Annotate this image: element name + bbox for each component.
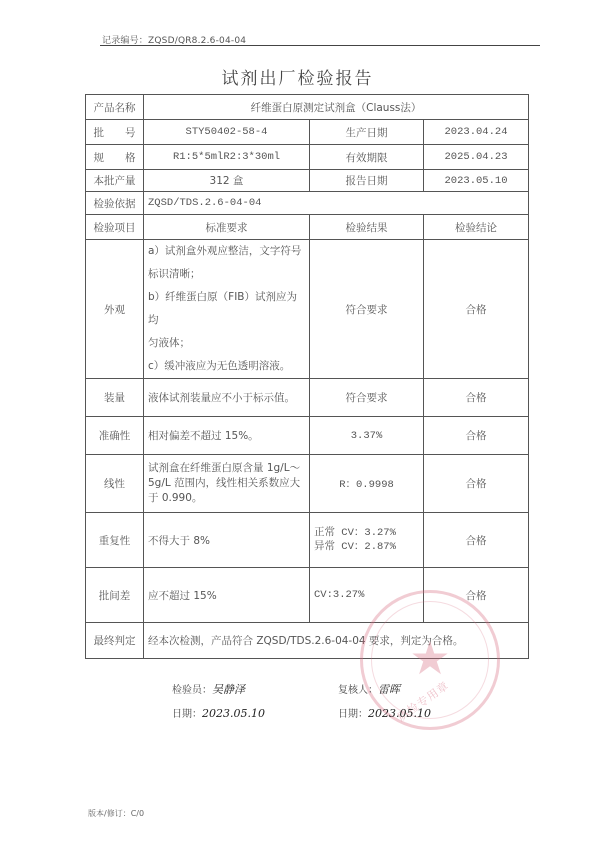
spec-label: 规 格 (86, 145, 144, 170)
requirement-line: a）试剂盒外观应整洁，文字符号 (148, 240, 305, 263)
production-date-value: 2023.04.24 (424, 120, 529, 145)
requirement-repeatability: 不得大于 8% (144, 513, 310, 568)
batch-qty-value: 312 盒 (144, 170, 310, 192)
conclusion-linearity: 合格 (424, 455, 529, 513)
inspector-date-label: 日期： (172, 709, 202, 720)
conclusion-repeatability: 合格 (424, 513, 529, 568)
version-footer: 版本/修订：C/0 (88, 808, 144, 819)
report-title: 试剂出厂检验报告 (0, 64, 595, 89)
table-row: 外观 a）试剂盒外观应整洁，文字符号 标识清晰； b）纤维蛋白原（FIB）试剂应… (86, 240, 529, 379)
inspector-signature: 检验员：吴静泽 (172, 681, 245, 697)
result-accuracy: 3.37% (310, 417, 424, 455)
inspector-label: 检验员： (172, 685, 212, 696)
header-result: 检验结果 (310, 215, 424, 240)
reviewer-signature: 复核人：雷晖 (338, 681, 400, 697)
item-appearance: 外观 (86, 240, 144, 379)
report-date-label: 报告日期 (310, 170, 424, 192)
requirement-appearance: a）试剂盒外观应整洁，文字符号 标识清晰； b）纤维蛋白原（FIB）试剂应为均 … (144, 240, 310, 379)
header-conclusion: 检验结论 (424, 215, 529, 240)
result-normal-cv: 正常 CV：3.27% (314, 526, 419, 540)
batch-value: STY50402-58-4 (144, 120, 310, 145)
batch-label: 批 号 (86, 120, 144, 145)
product-name-label: 产品名称 (86, 95, 144, 120)
reviewer-date-label: 日期： (338, 709, 368, 720)
requirement-line: 标识清晰； (148, 263, 305, 286)
requirement-linearity: 试剂盒在纤维蛋白原含量 1g/L～5g/L 范围内，线性相关系数应大于 0.99… (144, 455, 310, 513)
result-appearance: 符合要求 (310, 240, 424, 379)
basis-label: 检验依据 (86, 192, 144, 215)
batch-qty-label: 本批产量 (86, 170, 144, 192)
header-rule (100, 45, 540, 46)
inspector-date: 日期：2023.05.10 (172, 705, 265, 720)
table-row: 重复性 不得大于 8% 正常 CV：3.27% 异常 CV：2.87% 合格 (86, 513, 529, 568)
item-batch-variance: 批间差 (86, 568, 144, 623)
product-name-value: 纤维蛋白原测定试剂盒（Clauss法） (144, 95, 529, 120)
final-verdict-label: 最终判定 (86, 623, 144, 659)
conclusion-fill-volume: 合格 (424, 379, 529, 417)
item-linearity: 线性 (86, 455, 144, 513)
result-fill-volume: 符合要求 (310, 379, 424, 417)
reviewer-date: 日期：2023.05.10 (338, 705, 431, 720)
row-spec: 规 格 R1:5*5mlR2:3*30ml 有效期限 2025.04.23 (86, 145, 529, 170)
result-abnormal-cv: 异常 CV：2.87% (314, 540, 419, 554)
row-basis: 检验依据 ZQSD/TDS.2.6-04-04 (86, 192, 529, 215)
row-batch: 批 号 STY50402-58-4 生产日期 2023.04.24 (86, 120, 529, 145)
conclusion-accuracy: 合格 (424, 417, 529, 455)
requirement-fill-volume: 液体试剂装量应不小于标示值。 (144, 379, 310, 417)
requirement-batch-variance: 应不超过 15% (144, 568, 310, 623)
report-date-value: 2023.05.10 (424, 170, 529, 192)
result-linearity: R：0.9998 (310, 455, 424, 513)
item-fill-volume: 装量 (86, 379, 144, 417)
reviewer-date-value: 2023.05.10 (368, 707, 431, 720)
inspector-date-value: 2023.05.10 (202, 707, 265, 720)
table-header: 检验项目 标准要求 检验结果 检验结论 (86, 215, 529, 240)
row-product-name: 产品名称 纤维蛋白原测定试剂盒（Clauss法） (86, 95, 529, 120)
reviewer-sign: 雷晖 (378, 683, 400, 696)
header-requirement: 标准要求 (144, 215, 310, 240)
row-batch-qty: 本批产量 312 盒 报告日期 2023.05.10 (86, 170, 529, 192)
table-row: 线性 试剂盒在纤维蛋白原含量 1g/L～5g/L 范围内，线性相关系数应大于 0… (86, 455, 529, 513)
basis-value: ZQSD/TDS.2.6-04-04 (144, 192, 529, 215)
production-date-label: 生产日期 (310, 120, 424, 145)
item-accuracy: 准确性 (86, 417, 144, 455)
requirement-line: b）纤维蛋白原（FIB）试剂应为均 (148, 286, 305, 332)
expiry-value: 2025.04.23 (424, 145, 529, 170)
expiry-label: 有效期限 (310, 145, 424, 170)
report-table: 产品名称 纤维蛋白原测定试剂盒（Clauss法） 批 号 STY50402-58… (85, 94, 529, 659)
header-item: 检验项目 (86, 215, 144, 240)
conclusion-appearance: 合格 (424, 240, 529, 379)
table-row: 准确性 相对偏差不超过 15%。 3.37% 合格 (86, 417, 529, 455)
inspector-sign: 吴静泽 (212, 683, 245, 696)
reviewer-label: 复核人： (338, 685, 378, 696)
item-repeatability: 重复性 (86, 513, 144, 568)
requirement-line: 匀液体； (148, 332, 305, 355)
result-repeatability: 正常 CV：3.27% 异常 CV：2.87% (310, 513, 424, 568)
requirement-line: c）缓冲液应为无色透明溶液。 (148, 355, 305, 378)
requirement-accuracy: 相对偏差不超过 15%。 (144, 417, 310, 455)
table-row: 装量 液体试剂装量应不小于标示值。 符合要求 合格 (86, 379, 529, 417)
spec-value: R1:5*5mlR2:3*30ml (144, 145, 310, 170)
signature-area: 检验员：吴静泽 日期：2023.05.10 复核人：雷晖 日期：2023.05.… (0, 675, 595, 725)
